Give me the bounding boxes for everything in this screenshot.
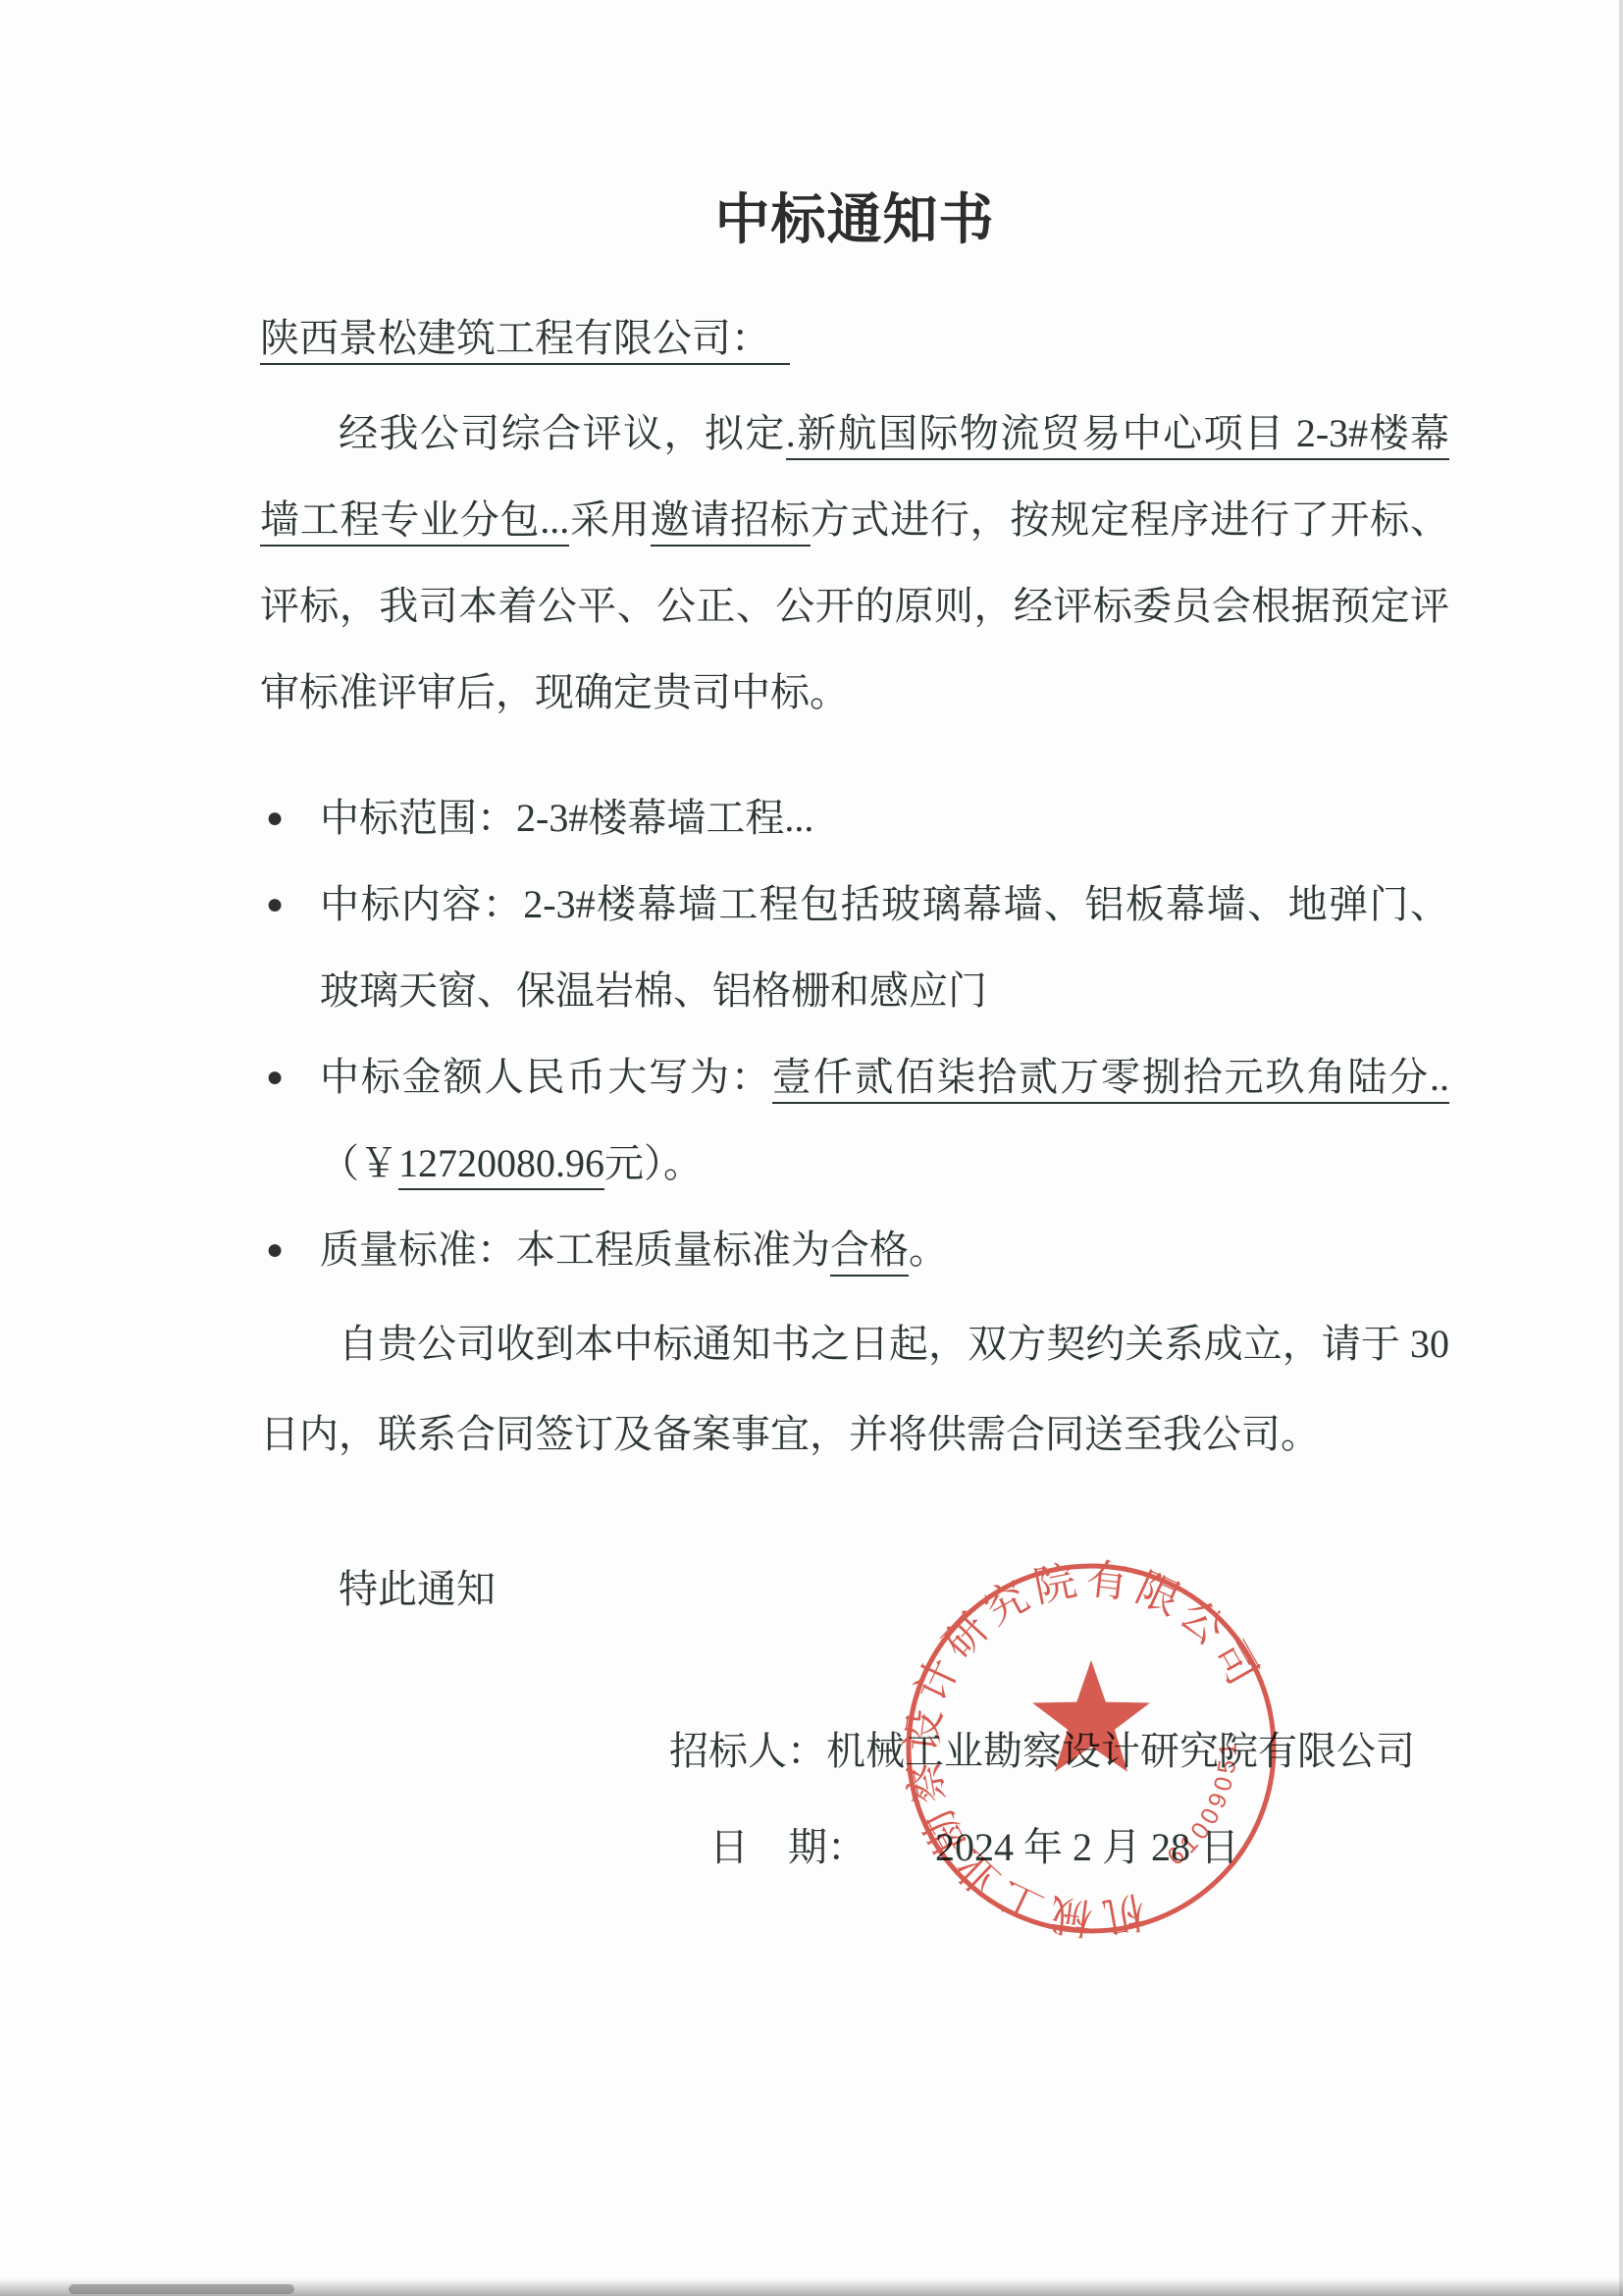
- list-item-scope: ● 中标范围：2-3#楼幕墙工程...: [260, 775, 1449, 861]
- text-segment: 中标内容：2-3#楼幕墙工程包括玻璃幕墙、铝板幕墙、地弹门、玻璃天窗、保温岩棉、…: [320, 882, 1449, 1013]
- content-text: 中标内容：2-3#楼幕墙工程包括玻璃幕墙、铝板幕墙、地弹门、玻璃天窗、保温岩棉、…: [320, 861, 1449, 1034]
- text-segment: 经我公司综合评议，拟定: [339, 411, 786, 455]
- date-value: 2024 年 2 月 28 日: [935, 1825, 1239, 1869]
- list-item-content: ● 中标内容：2-3#楼幕墙工程包括玻璃幕墙、铝板幕墙、地弹门、玻璃天窗、保温岩…: [260, 861, 1449, 1034]
- closing-line: 特此通知: [260, 1550, 1449, 1629]
- underlined-text: 12720080.96: [398, 1141, 604, 1190]
- addressee-line: 陕西景松建筑工程有限公司：: [260, 310, 1449, 367]
- page-title: 中标通知书: [260, 188, 1449, 251]
- text-segment: 元）。: [604, 1141, 703, 1185]
- amount-text: 中标金额人民币大写为：壹仟贰佰柒拾贰万零捌拾元玖角陆分..（￥12720080.…: [320, 1034, 1449, 1207]
- bullet-icon: ●: [260, 861, 320, 1034]
- scope-text: 中标范围：2-3#楼幕墙工程...: [320, 775, 1449, 861]
- bidder-name: 机械工业勘察设计研究院有限公司: [826, 1729, 1415, 1773]
- addressee-company-name: 陕西景松建筑工程有限公司：: [260, 316, 790, 365]
- intro-paragraph: 经我公司综合评议，拟定.新航国际物流贸易中心项目 2-3#楼幕墙工程专业分包..…: [260, 391, 1449, 736]
- bullet-icon: ●: [260, 1207, 320, 1293]
- list-item-quality: ● 质量标准：本工程质量标准为合格。: [260, 1207, 1449, 1293]
- date-line: 日 期：2024 年 2 月 28 日: [669, 1803, 1449, 1892]
- text-segment: 质量标准：本工程质量标准为: [320, 1227, 830, 1272]
- scanned-document-page: { "doc": { "title": "中标通知书", "addressee"…: [0, 0, 1623, 2296]
- award-details-list: ● 中标范围：2-3#楼幕墙工程... ● 中标内容：2-3#楼幕墙工程包括玻璃…: [260, 775, 1449, 1293]
- bullet-icon: ●: [260, 1034, 320, 1207]
- text-segment: 。: [909, 1227, 948, 1272]
- bullet-icon: ●: [260, 775, 320, 861]
- bidder-label: 招标人：: [669, 1729, 826, 1773]
- scan-artifact: [69, 2284, 294, 2294]
- text-segment: （￥: [320, 1141, 398, 1185]
- scan-edge-right: [1619, 0, 1623, 2296]
- text-segment: 中标金额人民币大写为：: [320, 1055, 772, 1099]
- signature-block: 招标人：机械工业勘察设计研究院有限公司 日 期：2024 年 2 月 28 日: [260, 1707, 1449, 1892]
- text-segment: 中标范围：2-3#楼幕墙工程...: [320, 796, 813, 840]
- bidder-line: 招标人：机械工业勘察设计研究院有限公司: [669, 1707, 1449, 1796]
- quality-text: 质量标准：本工程质量标准为合格。: [320, 1207, 1449, 1293]
- underlined-text: 邀请招标: [651, 497, 811, 547]
- document-content: 中标通知书 陕西景松建筑工程有限公司： 经我公司综合评议，拟定.新航国际物流贸易…: [260, 0, 1449, 1892]
- list-item-amount: ● 中标金额人民币大写为：壹仟贰佰柒拾贰万零捌拾元玖角陆分..（￥1272008…: [260, 1034, 1449, 1207]
- contract-paragraph: 自贵公司收到本中标通知书之日起，双方契约关系成立，请于 30 日内，联系合同签订…: [260, 1299, 1449, 1480]
- date-label: 日 期：: [709, 1825, 866, 1869]
- underlined-text: 壹仟贰佰柒拾贰万零捌拾元玖角陆分..: [772, 1055, 1449, 1104]
- underlined-text: 合格: [830, 1227, 909, 1277]
- text-segment: 采用: [569, 497, 650, 542]
